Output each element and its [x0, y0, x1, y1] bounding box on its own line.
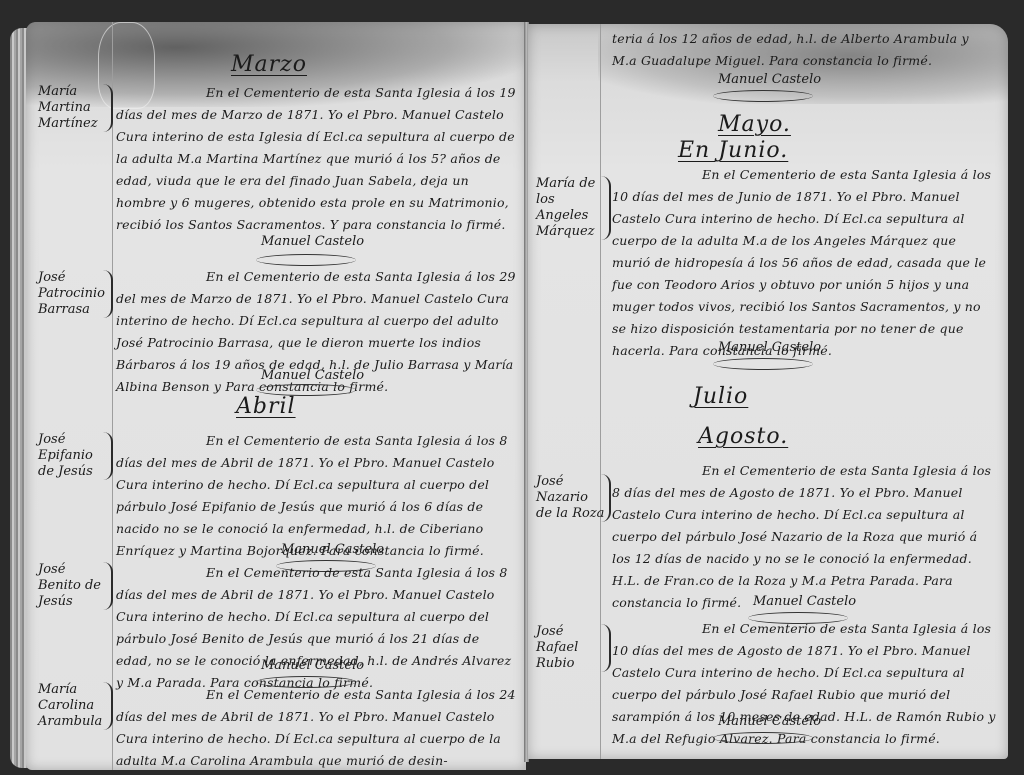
entry-name: María Carolina Arambula: [38, 682, 113, 730]
signature-flourish: [256, 254, 356, 266]
month-heading-agosto: Agosto.: [698, 424, 788, 449]
month-heading-marzo: Marzo: [231, 52, 307, 77]
signature: Manuel Castelo: [753, 594, 856, 609]
entry-text: En el Cementerio de esta Santa Iglesia á…: [612, 164, 997, 362]
month-heading-mayo: Mayo.: [718, 112, 791, 137]
entry-name: María de los Angeles Márquez: [536, 176, 611, 240]
entry-name: María Martina Martínez: [38, 84, 113, 132]
month-heading-junio: En Junio.: [678, 138, 788, 163]
entry-text: En el Cementerio de esta Santa Iglesia á…: [116, 82, 516, 236]
margin-rule: [112, 22, 113, 770]
signature: Manuel Castelo: [718, 72, 821, 87]
signature: Manuel Castelo: [718, 714, 821, 729]
right-page: teria á los 12 años de edad, h.l. de Alb…: [528, 24, 1008, 759]
entry-name: José Patrocinio Barrasa: [38, 270, 113, 318]
signature: Manuel Castelo: [261, 658, 364, 673]
signature-flourish: [713, 358, 813, 370]
signature: Manuel Castelo: [281, 542, 384, 557]
open-ledger-book: Marzo María Martina Martínez En el Cemen…: [4, 10, 1014, 770]
entry-name: José Epifanio de Jesús: [38, 432, 113, 480]
signature: Manuel Castelo: [261, 368, 364, 383]
entry-text: En el Cementerio de esta Santa Iglesia á…: [612, 618, 997, 750]
left-page: Marzo María Martina Martínez En el Cemen…: [26, 22, 526, 770]
signature: Manuel Castelo: [718, 340, 821, 355]
entry-text: En el Cementerio de esta Santa Iglesia á…: [116, 684, 516, 770]
entry-name: José Nazario de la Roza: [536, 474, 611, 522]
month-heading-julio: Julio: [693, 384, 748, 409]
entry-name: José Rafael Rubio: [536, 624, 611, 672]
signature-flourish: [713, 90, 813, 102]
continued-entry-text: teria á los 12 años de edad, h.l. de Alb…: [612, 28, 997, 72]
signature: Manuel Castelo: [261, 234, 364, 249]
month-heading-abril: Abril: [236, 394, 296, 419]
entry-text: En el Cementerio de esta Santa Iglesia á…: [612, 460, 997, 614]
signature-flourish: [713, 732, 813, 744]
entry-name: José Benito de Jesús: [38, 562, 113, 610]
entry-text: En el Cementerio de esta Santa Iglesia á…: [116, 562, 516, 694]
